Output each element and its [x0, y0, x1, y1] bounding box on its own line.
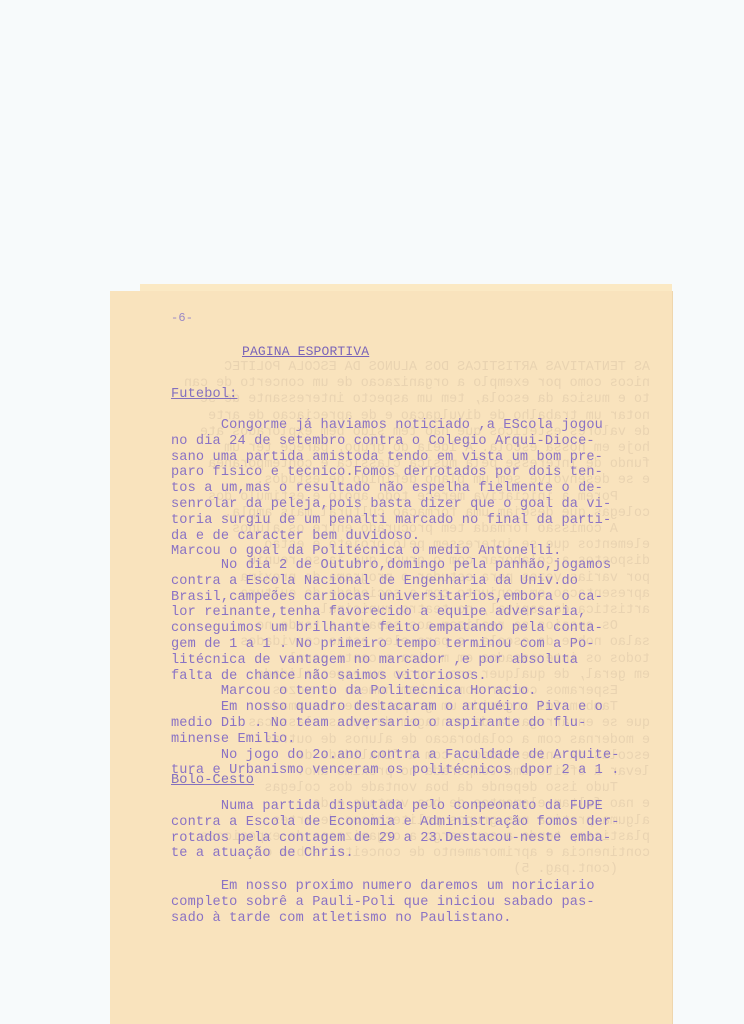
page-title: PAGINA ESPORTIVA	[242, 344, 369, 360]
page-number: -6-	[171, 311, 193, 327]
bolo-cesto-paragraph-2: Em nosso proximo numero daremos um noric…	[171, 879, 595, 926]
futebol-paragraph-1: Congorme já haviamos noticiado ,a EScola…	[171, 418, 611, 560]
section-heading-bolo-cesto: Bolo-Cesto	[171, 773, 254, 789]
futebol-paragraph-2: No dia 2 de Outubro,domingo pela panhão,…	[171, 558, 620, 779]
bolo-cesto-paragraph-1: Numa partida disputada pelo conpeonato d…	[171, 799, 620, 862]
section-heading-futebol: Futebol:	[171, 387, 237, 403]
